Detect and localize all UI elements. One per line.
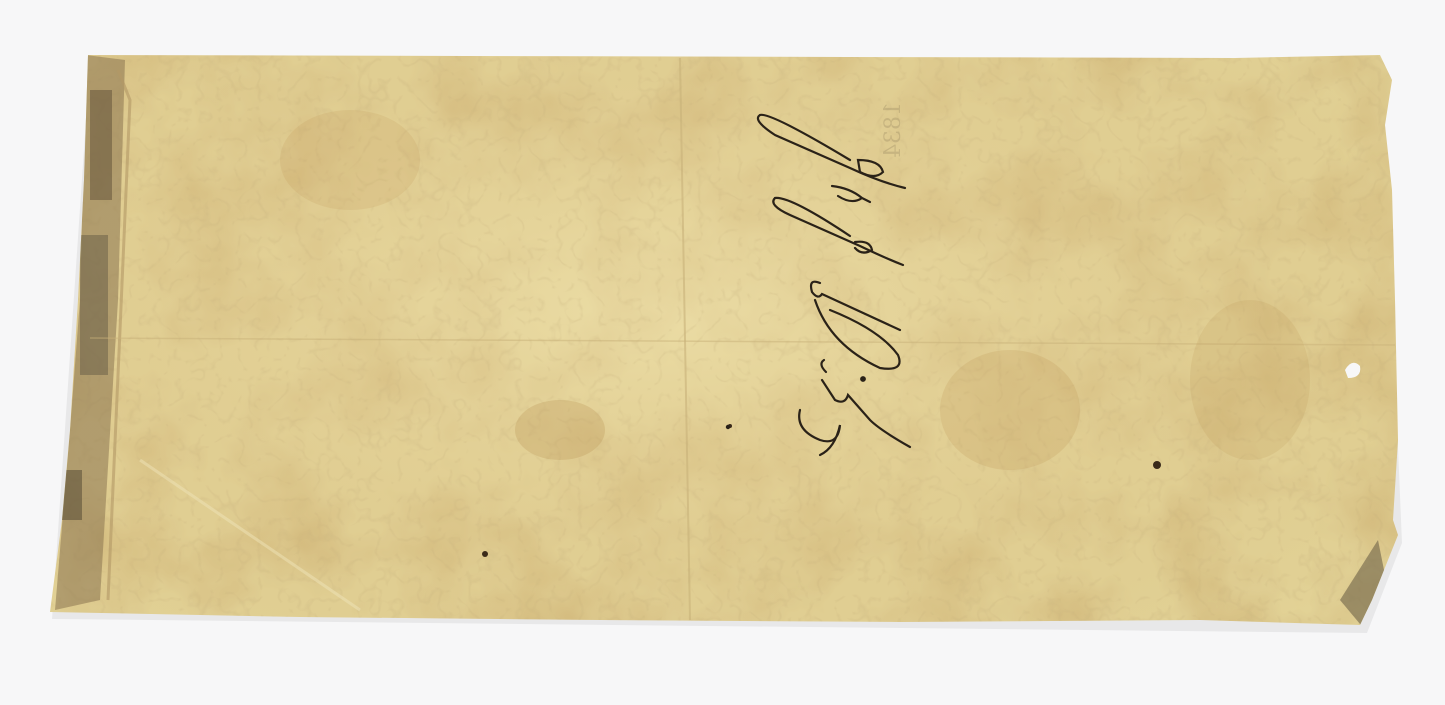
faint-number: 1834 [881,102,906,158]
banknote-photo: 1834 [0,0,1445,705]
paper [40,40,1410,640]
